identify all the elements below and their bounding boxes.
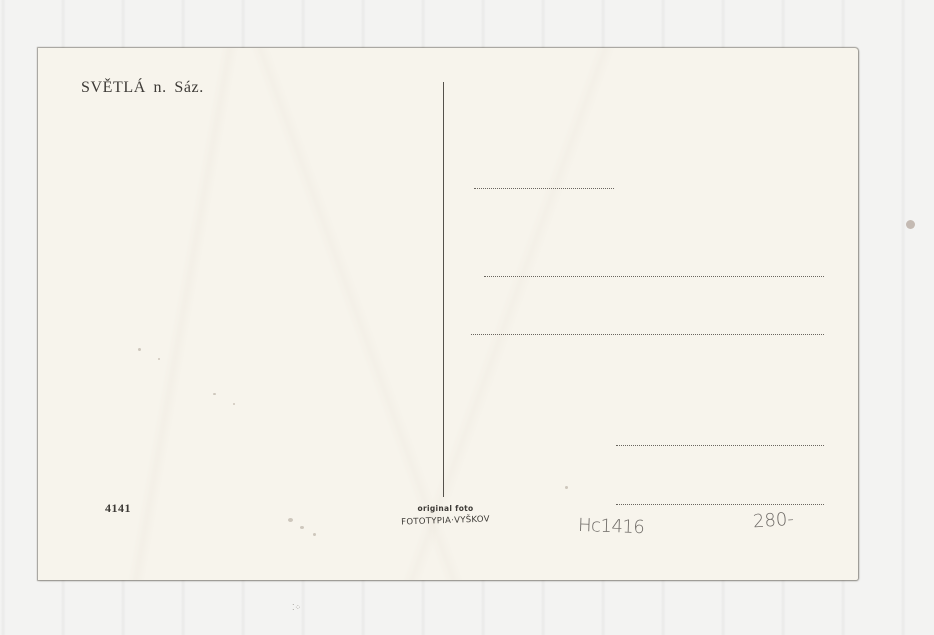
scan-smudge: ⁚⁘ xyxy=(292,603,301,612)
stain-speck xyxy=(158,358,160,360)
publisher-imprint: original foto FOTOTYPIA·VYŠKOV xyxy=(383,504,508,526)
place-title: SVĚTLÁ n. Sáz. xyxy=(81,79,204,97)
stain-speck xyxy=(138,348,141,351)
stain-speck xyxy=(300,526,304,529)
address-line-4 xyxy=(616,445,824,446)
stain-speck xyxy=(565,486,568,489)
address-line-1 xyxy=(474,188,614,189)
publisher-credit: original foto xyxy=(383,504,508,513)
stain-speck xyxy=(213,393,216,395)
message-address-divider xyxy=(443,82,444,497)
stain-speck xyxy=(313,533,316,536)
publisher-name: FOTOTYPIA·VYŠKOV xyxy=(383,514,508,528)
card-number: 4141 xyxy=(105,501,131,516)
address-line-2 xyxy=(484,276,824,277)
handwritten-price: 280- xyxy=(752,509,794,533)
stain-speck xyxy=(288,518,293,522)
address-line-3 xyxy=(471,334,824,335)
stain-speck xyxy=(906,220,915,229)
stain-speck xyxy=(233,403,235,405)
address-line-5 xyxy=(616,504,824,505)
handwritten-reference-code: Hc1416 xyxy=(578,515,645,538)
postcard-reverse: SVĚTLÁ n. Sáz. 4141 original foto FOTOTY… xyxy=(38,48,858,580)
